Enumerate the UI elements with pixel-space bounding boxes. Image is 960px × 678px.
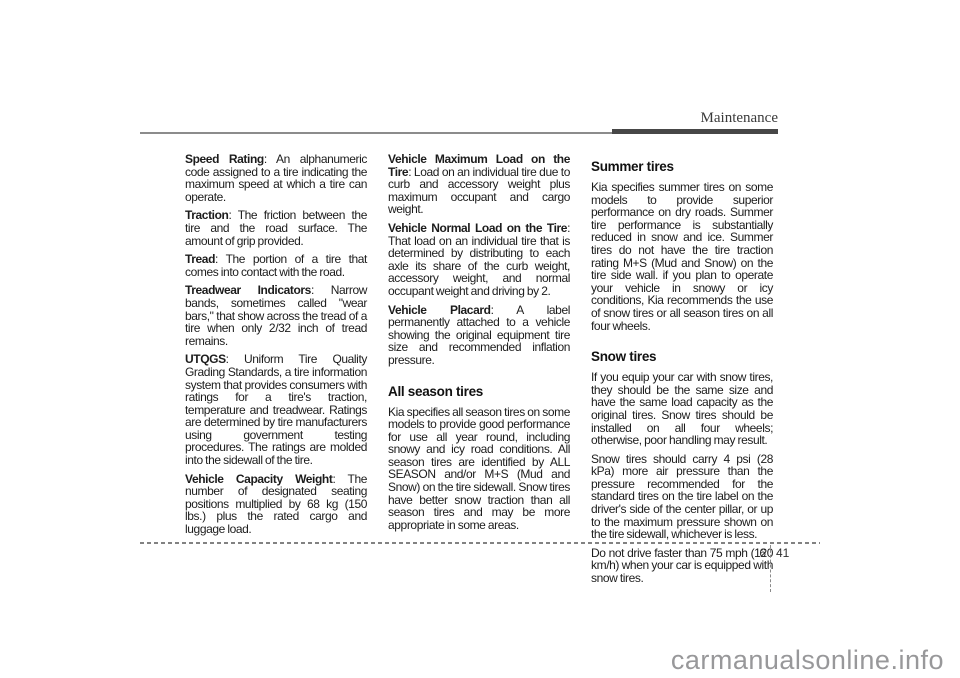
heading-summer-tires: Summer tires xyxy=(591,160,773,174)
chapter-title: Maintenance xyxy=(701,110,778,127)
paragraph-summer-tires: Kia specifies summer tires on some model… xyxy=(591,181,773,332)
glossary-entry-vehicle-capacity-weight: Vehicle Capacity Weight: The number of d… xyxy=(185,473,367,536)
paragraph-snow-tires-3: Do not drive faster than 75 mph (120 km/… xyxy=(591,547,773,585)
glossary-entry-treadwear-indicators: Treadwear Indicators: Narrow bands, some… xyxy=(185,284,367,347)
glossary-entry-speed-rating: Speed Rating: An alphanumeric code assig… xyxy=(185,153,367,203)
glossary-entry-vehicle-maximum-load: Vehicle Maximum Load on the Tire: Load o… xyxy=(388,153,570,216)
glossary-entry-vehicle-normal-load: Vehicle Normal Load on the Tire: That lo… xyxy=(388,222,570,298)
glossary-definition: : Load on an individual tire due to curb… xyxy=(388,165,570,217)
paragraph-all-season-tires: Kia specifies all season tires on some m… xyxy=(388,406,570,532)
watermark-text: carmanualsonline.info xyxy=(671,645,944,676)
content-columns: Speed Rating: An alphanumeric code assig… xyxy=(185,153,773,591)
heading-all-season-tires: All season tires xyxy=(388,385,570,399)
glossary-entry-tread: Tread: The portion of a tire that comes … xyxy=(185,253,367,278)
header-rule-thin xyxy=(140,132,613,134)
column-glossary-left: Speed Rating: An alphanumeric code assig… xyxy=(185,153,367,591)
manual-page: Maintenance Speed Rating: An alphanumeri… xyxy=(0,0,960,678)
column-glossary-middle: Vehicle Maximum Load on the Tire: Load o… xyxy=(388,153,570,591)
paragraph-snow-tires-2: Snow tires should carry 4 psi (28 kPa) m… xyxy=(591,453,773,541)
glossary-definition: : Uniform Tire Quality Grading Standards… xyxy=(185,352,367,467)
header-rule-thick xyxy=(612,129,778,134)
footer-page-number: 41 xyxy=(776,546,789,560)
glossary-entry-utqgs: UTQGS: Uniform Tire Quality Grading Stan… xyxy=(185,353,367,466)
footer-chapter-number: 6 xyxy=(750,546,766,560)
footer-dashed-rule xyxy=(140,542,820,544)
heading-snow-tires: Snow tires xyxy=(591,350,773,364)
paragraph-snow-tires-1: If you equip your car with snow tires, t… xyxy=(591,371,773,447)
column-tires-right: Summer tires Kia specifies summer tires … xyxy=(591,153,773,591)
glossary-entry-traction: Traction: The friction between the tire … xyxy=(185,209,367,247)
footer-dashed-divider xyxy=(770,545,771,592)
glossary-entry-vehicle-placard: Vehicle Placard: A label permanently att… xyxy=(388,304,570,367)
